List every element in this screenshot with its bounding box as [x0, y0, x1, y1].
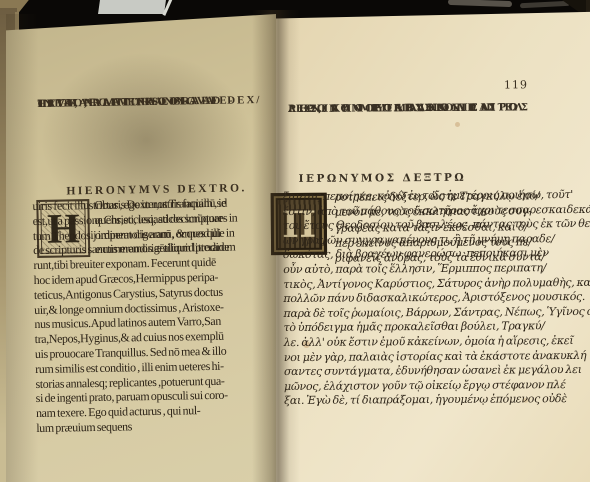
right-page-content: 119 ΙΕΡΩΝΥΜΟΥ ΕΠΙΣΤΟΛΗ ΠΡΟΣΔΕΞΤΡΟΝ ΕΠΑΡΧ… — [0, 0, 590, 482]
heading-line: ΛΗΝΙΚΑ ΜΕΤΑΒΛΗΘΕΙΣΑ — [288, 100, 491, 118]
text-line: οὖν αὐτὸ, παρὰ τοῖς ἕλλησιν, Ἕρμιππος πε… — [283, 261, 590, 278]
text-line: ξαι. Ἐγὼ δὲ, τί διαπράξομαι, ἡγουμένῳ ἑπ… — [284, 392, 590, 409]
greek-salutation: ΙΕΡΩΝΥΜΟΣ ΔΕΞΤΡΩ — [289, 171, 561, 185]
greek-body-text: Π ροτρέπεις δέξτερ, ὥστε Τραγκύλῳ ἑπό/με… — [271, 188, 575, 190]
page-number: 119 — [504, 78, 564, 91]
text-line: λε. ἀλλ' οὐκ ἔστιν ἐμοῦ κἀκείνων, ὁμοία … — [284, 334, 590, 351]
greek-lines-full-width: ξαντας πεποίηκε, κἀγὼ ἐν τοῖς ἡμετέροις … — [271, 188, 590, 409]
text-line: ξαντας πεποίηκε, κἀγὼ ἐν τοῖς ἡμετέροις … — [283, 188, 590, 205]
greek-title: ΙΕΡΩΝΥΜΟΥ ΕΠΙΣΤΟΛΗ ΠΡΟΣΔΕΞΤΡΟΝ ΕΠΑΡΧΟΝ Π… — [288, 99, 560, 101]
book-photograph: HIERONYMI EPISTOLA AD DEX/TRVM PRAETORIO… — [0, 0, 590, 482]
